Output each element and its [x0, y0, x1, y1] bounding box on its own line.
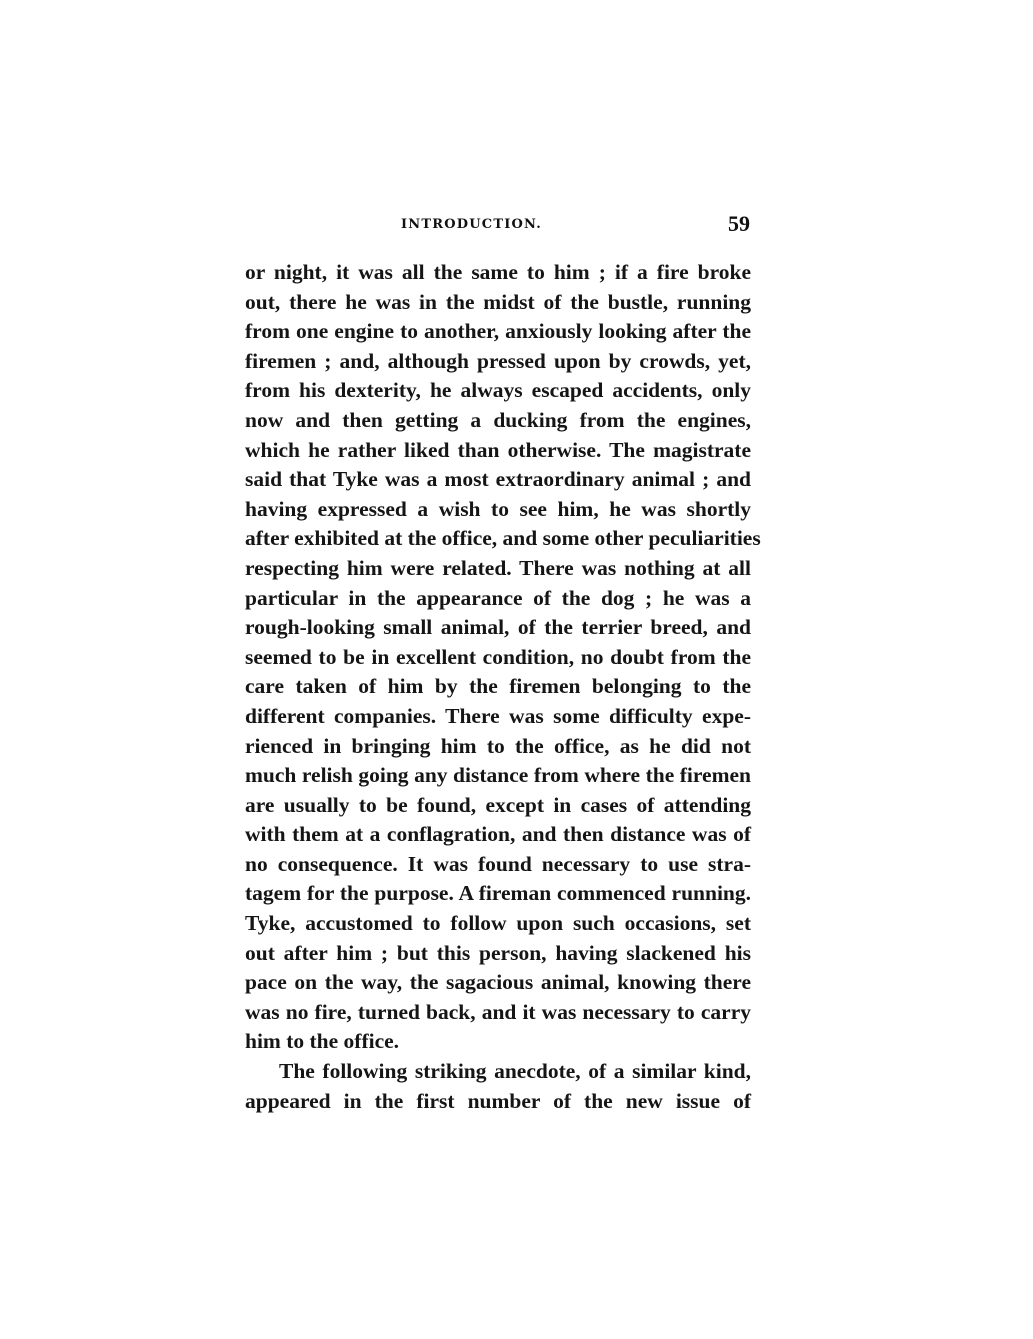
text-line: Tyke, accustomed to follow upon such occ…	[245, 909, 751, 939]
text-line: rough-looking small animal, of the terri…	[245, 613, 751, 643]
page-number: 59	[728, 211, 750, 237]
text-line: said that Tyke was a most extraordinary …	[245, 465, 751, 495]
paragraph-start-line: The following striking anecdote, of a si…	[245, 1057, 751, 1087]
text-line: seemed to be in excellent condition, no …	[245, 643, 751, 673]
text-line: from one engine to another, anxiously lo…	[245, 317, 751, 347]
text-line: tagem for the purpose. A fireman commenc…	[245, 879, 751, 909]
paragraph-end-line: him to the office.	[245, 1027, 751, 1057]
running-head: INTRODUCTION. 59	[245, 211, 750, 241]
text-line: now and then getting a ducking from the …	[245, 406, 751, 436]
text-line: care taken of him by the firemen belongi…	[245, 672, 751, 702]
text-line: are usually to be found, except in cases…	[245, 791, 751, 821]
text-line: with them at a conflagration, and then d…	[245, 820, 751, 850]
text-line: out after him ; but this person, having …	[245, 939, 751, 969]
text-line: pace on the way, the sagacious animal, k…	[245, 968, 751, 998]
text-line: having expressed a wish to see him, he w…	[245, 495, 751, 525]
text-line: much relish going any distance from wher…	[245, 761, 751, 791]
text-line: or night, it was all the same to him ; i…	[245, 258, 751, 288]
text-line: was no fire, turned back, and it was nec…	[245, 998, 751, 1028]
book-page: INTRODUCTION. 59 or night, it was all th…	[0, 0, 1033, 1339]
text-line: different companies. There was some diff…	[245, 702, 751, 732]
text-line: respecting him were related. There was n…	[245, 554, 751, 584]
text-line: firemen ; and, although pressed upon by …	[245, 347, 751, 377]
text-line: appeared in the first number of the new …	[245, 1087, 751, 1117]
text-line: which he rather liked than otherwise. Th…	[245, 436, 751, 466]
text-line: no consequence. It was found necessary t…	[245, 850, 751, 880]
text-line: from his dexterity, he always escaped ac…	[245, 376, 751, 406]
running-title: INTRODUCTION.	[401, 217, 542, 232]
text-line: particular in the appearance of the dog …	[245, 584, 751, 614]
text-line: rienced in bringing him to the office, a…	[245, 732, 751, 762]
body-text: or night, it was all the same to him ; i…	[245, 258, 751, 1116]
text-line: after exhibited at the office, and some …	[245, 524, 751, 554]
text-line: out, there he was in the midst of the bu…	[245, 288, 751, 318]
